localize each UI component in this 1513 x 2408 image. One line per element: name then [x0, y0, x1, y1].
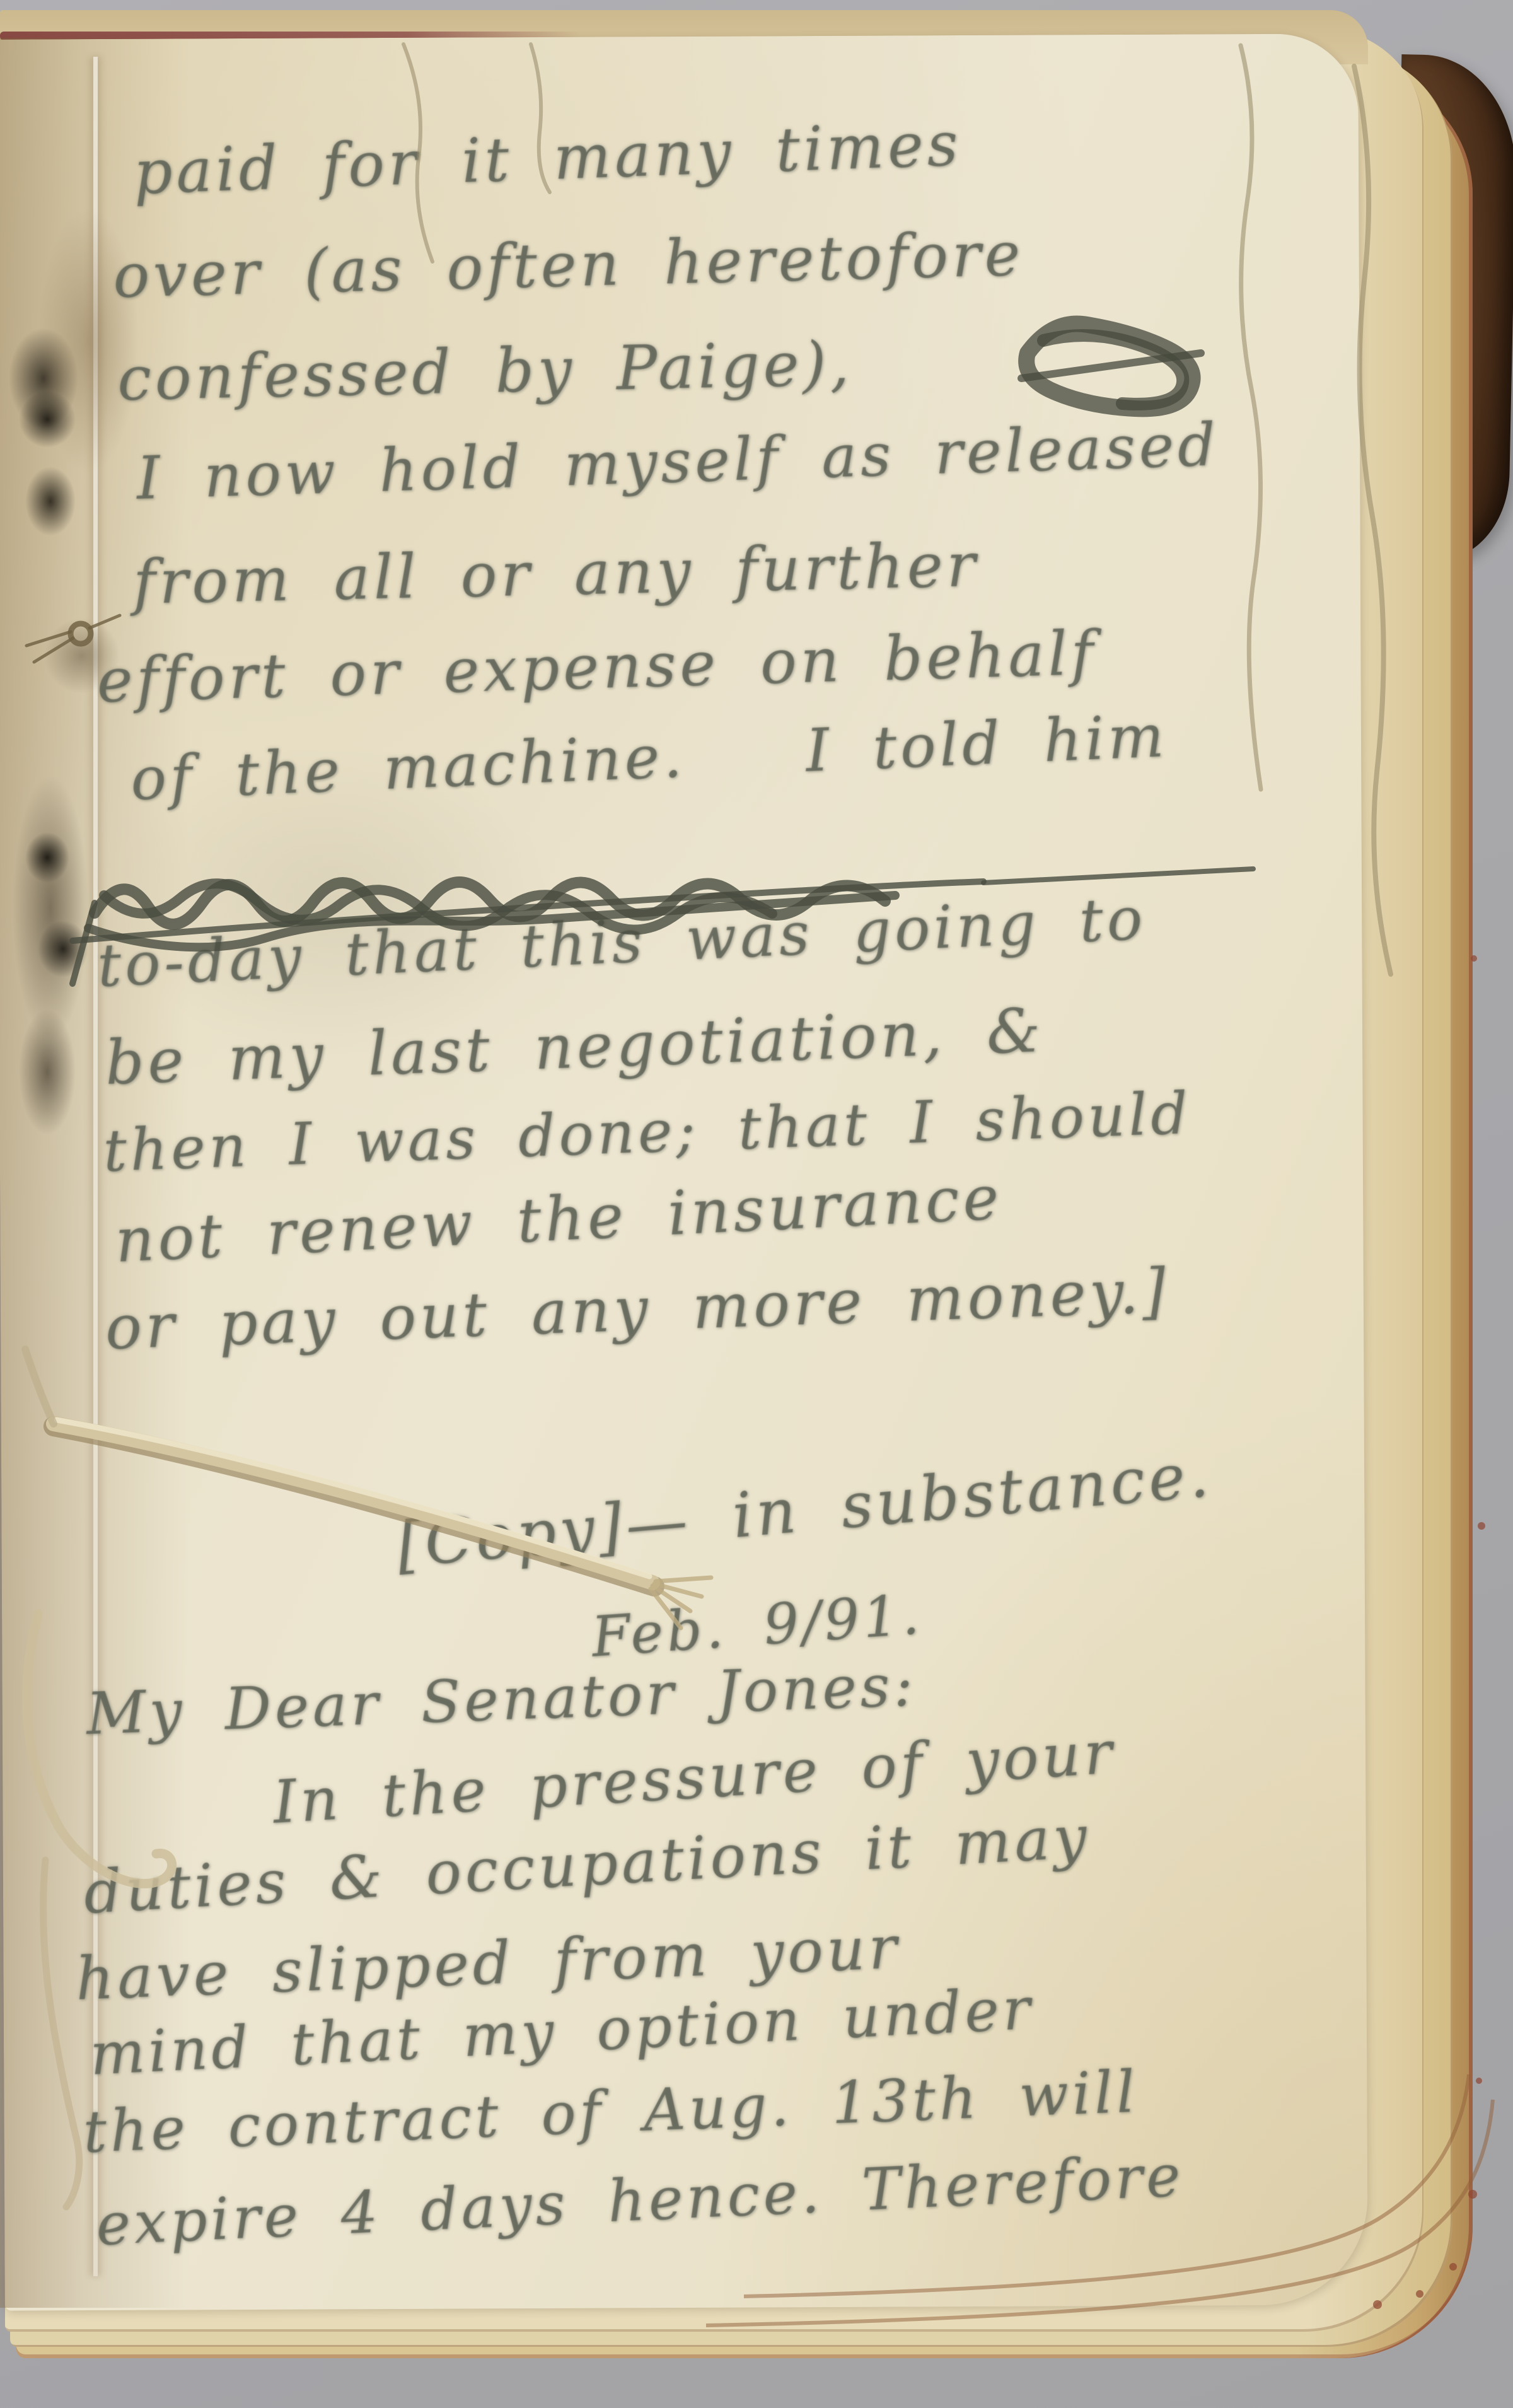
notebook-photo: paid for it many times over (as often he… — [0, 0, 1513, 2408]
gutter-stain — [19, 1009, 76, 1135]
gutter-stain — [38, 921, 88, 977]
gutter-stain — [25, 467, 76, 536]
gutter-stain — [13, 776, 88, 1040]
gutter-stain — [25, 832, 69, 883]
